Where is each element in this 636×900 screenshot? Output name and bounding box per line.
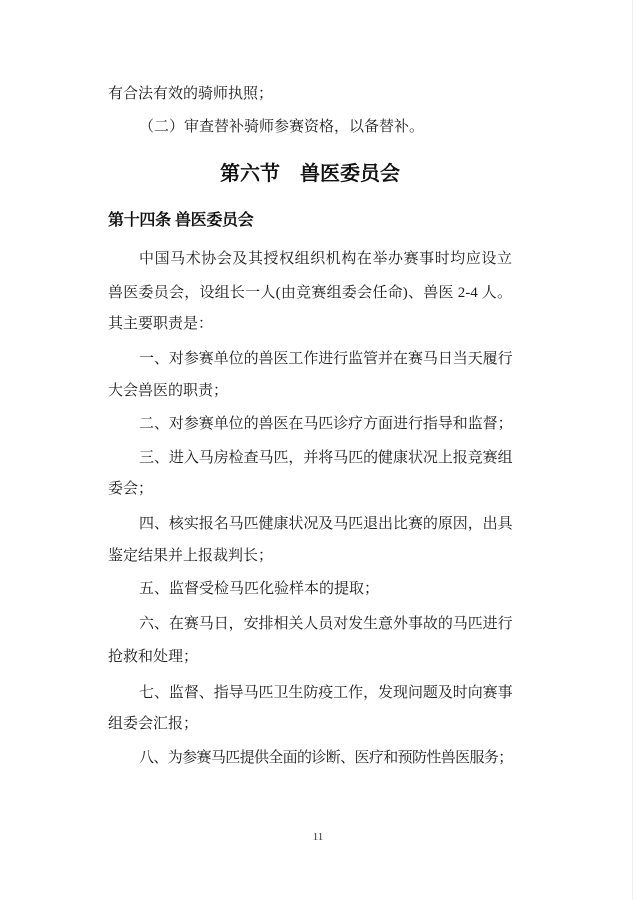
body-line: （二）审查替补骑师参赛资格，以备替补。 [108,117,512,137]
body-line: 一、对参赛单位的兽医工作进行监管并在赛马日当天履行 [108,349,512,369]
body-line: 四、核实报名马匹健康状况及马匹退出比赛的原因，出具 [108,514,512,534]
body-line: 鉴定结果并上报裁判长； [108,546,512,566]
body-line: 七、监督、指导马匹卫生防疫工作，发现问题及时向赛事 [108,683,512,703]
body-line: 大会兽医的职责； [108,381,512,401]
body-line: 委会； [108,479,512,499]
body-line: 兽医委员会，设组长一人(由竞赛组委会任命)、兽医 2-4 人。 [108,283,512,303]
body-line: 三、进入马房检查马匹，并将马匹的健康状况上报竞赛组 [108,448,512,468]
page-number: 11 [0,830,636,844]
article-heading: 第十四条 兽医委员会 [108,211,253,231]
body-line: 其主要职责是： [108,314,512,334]
body-line: 五、监督受检马匹化验样本的提取； [108,579,512,599]
body-line: 中国马术协会及其授权组织机构在举办赛事时均应设立 [108,249,512,269]
body-line: 组委会汇报； [108,714,512,734]
document-page: 有合法有效的骑师执照； （二）审查替补骑师参赛资格，以备替补。 第六节 兽医委员… [0,0,636,900]
page-edge-line [632,0,633,900]
section-heading: 第六节 兽医委员会 [108,162,512,186]
body-line: 二、对参赛单位的兽医在马匹诊疗方面进行指导和监督； [108,414,512,434]
body-line: 六、在赛马日，安排相关人员对发生意外事故的马匹进行 [108,614,512,634]
body-line: 抢救和处理； [108,647,512,667]
body-line: 八、为参赛马匹提供全面的诊断、医疗和预防性兽医服务； [108,748,512,768]
body-line: 有合法有效的骑师执照； [108,84,512,104]
